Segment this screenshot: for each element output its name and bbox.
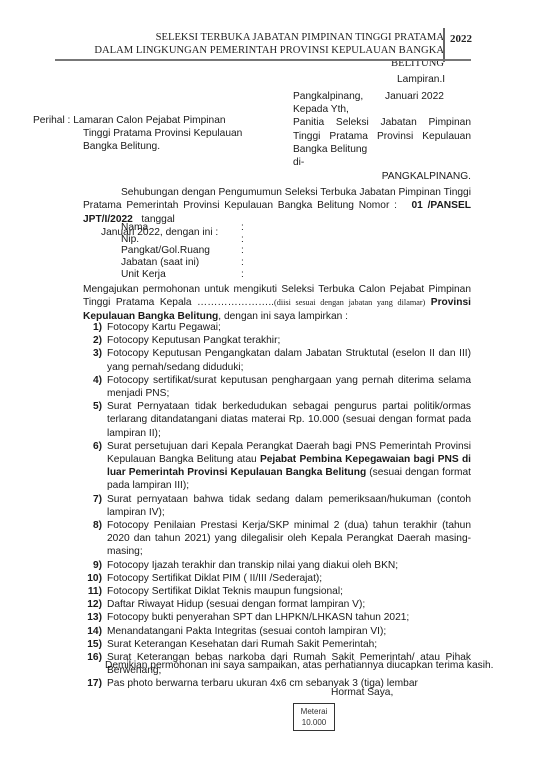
identity-row: Pangkat/Gol.Ruang: bbox=[121, 245, 244, 257]
requirement-item: 17)Pas photo berwarna terbaru ukuran 4x6… bbox=[83, 677, 471, 690]
requirement-number: 8) bbox=[83, 519, 107, 559]
requirement-number: 3) bbox=[83, 347, 107, 373]
address-city: Pangkalpinang, bbox=[293, 90, 471, 103]
identity-label: Pangkat/Gol.Ruang bbox=[121, 245, 241, 257]
requirement-text: Fotocopy sertifikat/surat keputusan peng… bbox=[107, 374, 471, 400]
requirement-number: 14) bbox=[83, 625, 107, 638]
identity-label: Unit Kerja bbox=[121, 269, 241, 281]
requirement-text: Fotocopy Keputusan Pengangkatan dalam Ja… bbox=[107, 347, 471, 373]
requirement-item: 9)Fotocopy Ijazah terakhir dan transkip … bbox=[83, 559, 471, 572]
header-divider-horizontal bbox=[55, 59, 471, 61]
identity-row: Unit Kerja: bbox=[121, 269, 244, 281]
address-destination: PANGKALPINANG. bbox=[293, 170, 471, 183]
stamp-box: Meterai 10.000 bbox=[293, 703, 335, 731]
application-paragraph: Mengajukan permohonan untuk mengikuti Se… bbox=[83, 283, 471, 323]
requirement-item: 8)Fotocopy Penilaian Prestasi Kerja/SKP … bbox=[83, 519, 471, 559]
requirement-item: 7)Surat pernyataan bahwa tidak sedang da… bbox=[83, 493, 471, 519]
requirement-number: 9) bbox=[83, 559, 107, 572]
requirement-item: 1)Fotocopy Kartu Pegawai; bbox=[83, 321, 471, 334]
closing-text: Demikian permohonan ini saya sampaikan, … bbox=[105, 660, 493, 671]
requirement-item: 11)Fotocopy Sertifikat Diklat Teknis mau… bbox=[83, 585, 471, 598]
identity-separator: : bbox=[241, 222, 244, 234]
perihal-block: Perihal : Lamaran Calon Pejabat Pimpinan… bbox=[33, 114, 242, 153]
requirement-number: 5) bbox=[83, 400, 107, 440]
identity-row: Nip.: bbox=[121, 234, 244, 246]
address-recipient: Panitia Seleksi Jabatan Pimpinan Tinggi … bbox=[293, 116, 471, 156]
signoff-text: Hormat Saya, bbox=[331, 687, 393, 698]
requirement-text: Daftar Riwayat Hidup (sesuai dengan form… bbox=[107, 598, 471, 611]
requirement-text: Surat persetujuan dari Kepala Perangkat … bbox=[107, 440, 471, 493]
requirements-list: 1)Fotocopy Kartu Pegawai;2)Fotocopy Kepu… bbox=[83, 321, 471, 691]
identity-row: Jabatan (saat ini): bbox=[121, 257, 244, 269]
requirement-item: 6)Surat persetujuan dari Kepala Perangka… bbox=[83, 440, 471, 493]
requirement-text: Surat Pernyataan tidak berkedudukan seba… bbox=[107, 400, 471, 440]
requirement-text: Fotocopy Kartu Pegawai; bbox=[107, 321, 471, 334]
requirement-item: 2)Fotocopy Keputusan Pangkat terakhir; bbox=[83, 334, 471, 347]
header-divider-vertical bbox=[443, 28, 445, 62]
identity-separator: : bbox=[241, 269, 244, 281]
lampiran-label: Lampiran.I bbox=[397, 74, 445, 85]
stamp-line-1: Meterai bbox=[294, 706, 334, 717]
requirement-number: 13) bbox=[83, 611, 107, 624]
perihal-label: Perihal : bbox=[33, 115, 70, 126]
perihal-line-3: Bangka Belitung. bbox=[33, 140, 242, 153]
requirement-item: 4)Fotocopy sertifikat/surat keputusan pe… bbox=[83, 374, 471, 400]
requirement-text: Fotocopy Sertifikat Diklat PIM ( II/III … bbox=[107, 572, 471, 585]
requirement-text: Fotocopy Penilaian Prestasi Kerja/SKP mi… bbox=[107, 519, 471, 559]
address-block: Pangkalpinang, Januari 2022 Kepada Yth, … bbox=[293, 90, 471, 183]
perihal-line-1: Lamaran Calon Pejabat Pimpinan bbox=[73, 115, 225, 126]
requirement-item: 15)Surat Keterangan Kesehatan dari Rumah… bbox=[83, 638, 471, 651]
header-line-2: DALAM LINGKUNGAN PEMERINTAH PROVINSI KEP… bbox=[56, 44, 444, 70]
requirement-number: 10) bbox=[83, 572, 107, 585]
requirement-text: Fotocopy Ijazah terakhir dan transkip ni… bbox=[107, 559, 471, 572]
requirement-number: 4) bbox=[83, 374, 107, 400]
document-header: SELEKSI TERBUKA JABATAN PIMPINAN TINGGI … bbox=[56, 31, 444, 70]
requirement-item: 14)Menandatangani Pakta Integritas (sesu… bbox=[83, 625, 471, 638]
identity-separator: : bbox=[241, 257, 244, 269]
application-note: (diisi sesuai dengan jabatan yang dilama… bbox=[274, 298, 425, 307]
stamp-line-2: 10.000 bbox=[294, 717, 334, 728]
address-date: Januari 2022 bbox=[385, 90, 444, 103]
header-line-1: SELEKSI TERBUKA JABATAN PIMPINAN TINGGI … bbox=[56, 31, 444, 44]
identity-separator: : bbox=[241, 234, 244, 246]
requirement-item: 3)Fotocopy Keputusan Pengangkatan dalam … bbox=[83, 347, 471, 373]
requirement-text: Surat pernyataan bahwa tidak sedang dala… bbox=[107, 493, 471, 519]
requirement-number: 16) bbox=[83, 651, 107, 677]
requirement-number: 7) bbox=[83, 493, 107, 519]
requirement-text: Menandatangani Pakta Integritas (sesuai … bbox=[107, 625, 471, 638]
identity-fields: Nama:Nip.:Pangkat/Gol.Ruang:Jabatan (saa… bbox=[121, 222, 244, 281]
address-to: Kepada Yth, bbox=[293, 103, 471, 116]
identity-label: Nama bbox=[121, 222, 241, 234]
requirement-number: 17) bbox=[83, 677, 107, 690]
requirement-number: 1) bbox=[83, 321, 107, 334]
requirement-text: Fotocopy Keputusan Pangkat terakhir; bbox=[107, 334, 471, 347]
requirement-number: 12) bbox=[83, 598, 107, 611]
requirement-number: 6) bbox=[83, 440, 107, 493]
requirement-text: Pas photo berwarna terbaru ukuran 4x6 cm… bbox=[107, 677, 471, 690]
requirement-item: 10)Fotocopy Sertifikat Diklat PIM ( II/I… bbox=[83, 572, 471, 585]
identity-label: Jabatan (saat ini) bbox=[121, 257, 241, 269]
requirement-text: Surat Keterangan Kesehatan dari Rumah Sa… bbox=[107, 638, 471, 651]
requirement-number: 2) bbox=[83, 334, 107, 347]
requirement-text: Fotocopy bukti penyerahan SPT dan LHPKN/… bbox=[107, 611, 471, 624]
requirement-item: 5)Surat Pernyataan tidak berkedudukan se… bbox=[83, 400, 471, 440]
requirement-number: 15) bbox=[83, 638, 107, 651]
requirement-item: 12)Daftar Riwayat Hidup (sesuai dengan f… bbox=[83, 598, 471, 611]
identity-row: Nama: bbox=[121, 222, 244, 234]
requirement-item: 13)Fotocopy bukti penyerahan SPT dan LHP… bbox=[83, 611, 471, 624]
requirement-number: 11) bbox=[83, 585, 107, 598]
address-di: di- bbox=[293, 156, 471, 169]
identity-label: Nip. bbox=[121, 234, 241, 246]
identity-separator: : bbox=[241, 245, 244, 257]
header-year: 2022 bbox=[450, 33, 472, 45]
perihal-line-2: Tinggi Pratama Provinsi Kepulauan bbox=[33, 127, 242, 140]
requirement-text: Fotocopy Sertifikat Diklat Teknis maupun… bbox=[107, 585, 471, 598]
